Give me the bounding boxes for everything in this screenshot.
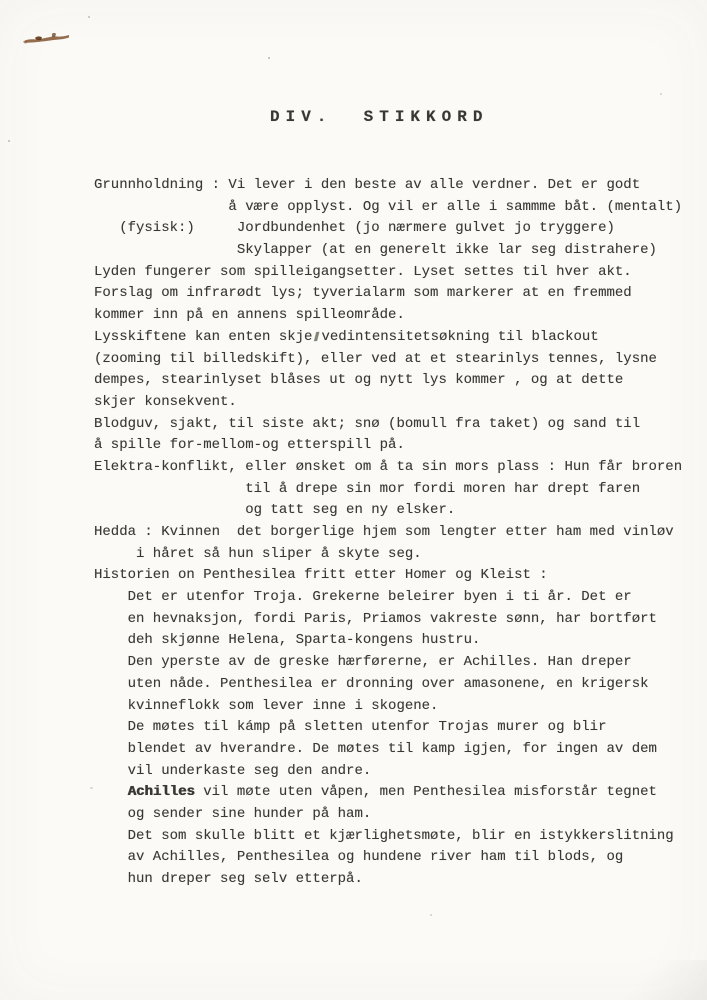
paragraph: Det som skulle blitt et kjærlighetsmøte,… — [94, 826, 707, 891]
paragraph: Lyden fungerer som spilleigangsetter. Ly… — [94, 262, 707, 284]
document-line: skjer konsekvent. — [94, 392, 707, 414]
document-line: (zooming til billedskift), eller ved at … — [94, 349, 707, 371]
document-line: De møtes til kámp på sletten utenfor Tro… — [94, 717, 707, 739]
document-line: til å drepe sin mor fordi moren har drep… — [94, 479, 707, 501]
document-line: (fysisk:) Jordbundenhet (jo nærmere gulv… — [94, 218, 707, 240]
document-line: av Achilles, Penthesilea og hundene rive… — [94, 847, 707, 869]
paper-speck — [268, 57, 270, 59]
document-line: Lyden fungerer som spilleigangsetter. Ly… — [94, 262, 707, 284]
document-line: Grunnholdning : Vi lever i den beste av … — [94, 175, 707, 197]
document-line: Hedda : Kvinnen det borgerlige hjem som … — [94, 522, 707, 544]
document-line: og tatt seg en ny elsker. — [94, 500, 707, 522]
paragraph: Lysskiftene kan enten skjevedintensitets… — [94, 327, 707, 414]
document-line: Historien on Penthesilea fritt etter Hom… — [94, 565, 707, 587]
document-line: blendet av hverandre. De møtes til kamp … — [94, 739, 707, 761]
retyped-word: Achilles — [128, 784, 195, 800]
document-line: dempes, stearinlyset blåses ut og nytt l… — [94, 370, 707, 392]
paper-speck — [660, 93, 662, 95]
paper-speck — [8, 140, 10, 142]
document-line: Forslag om infrarødt lys; tyverialarm so… — [94, 283, 707, 305]
document-body: Grunnholdning : Vi lever i den beste av … — [94, 175, 707, 891]
document-line: Skylapper (at en generelt ikke lar seg d… — [94, 240, 707, 262]
paper-speck — [430, 914, 432, 916]
paragraph: Blodguv, sjakt, til siste akt; snø (bomu… — [94, 414, 707, 457]
paragraph: Hedda : Kvinnen det borgerlige hjem som … — [94, 522, 707, 565]
document-line: Den yperste av de greske hærførerne, er … — [94, 652, 707, 674]
document-line: Lysskiftene kan enten skjevedintensitets… — [94, 327, 707, 349]
paragraph: De møtes til kámp på sletten utenfor Tro… — [94, 717, 707, 782]
paper-speck — [88, 16, 90, 18]
document-line: Det er utenfor Troja. Grekerne beleirer … — [94, 587, 707, 609]
paragraph: Grunnholdning : Vi lever i den beste av … — [94, 175, 707, 262]
rust-stain-mark — [22, 29, 72, 47]
document-line: hun dreper seg selv etterpå. — [94, 869, 707, 891]
document-line: Blodguv, sjakt, til siste akt; snø (bomu… — [94, 414, 707, 436]
document-line: og sender sine hunder på ham. — [94, 804, 707, 826]
paragraph: Historien on Penthesilea fritt etter Hom… — [94, 565, 707, 587]
document-line: vil underkaste seg den andre. — [94, 761, 707, 783]
document-line: en hevnaksjon, fordi Paris, Priamos vakr… — [94, 609, 707, 631]
paper-speck — [90, 787, 93, 789]
document-line: Achilles vil møte uten våpen, men Penthe… — [94, 782, 707, 804]
document-line: kvinneflokk som lever inne i skogene. — [94, 696, 707, 718]
paragraph: Forslag om infrarødt lys; tyverialarm so… — [94, 283, 707, 326]
document-line: å spille for-mellom-og etterspill på. — [94, 435, 707, 457]
document-line: deh skjønne Helena, Sparta-kongens hustr… — [94, 630, 707, 652]
document-line: kommer inn på en annens spilleområde. — [94, 305, 707, 327]
document-line: å være opplyst. Og vil er alle i sammme … — [94, 197, 707, 219]
document-line: Elektra-konflikt, eller ønsket om å ta s… — [94, 457, 707, 479]
paragraph: Achilles vil møte uten våpen, men Penthe… — [94, 782, 707, 825]
document-title: DIV. STIKKORD — [270, 106, 488, 128]
document-line: uten nåde. Penthesilea er dronning over … — [94, 674, 707, 696]
document-line: Det som skulle blitt et kjærlighetsmøte,… — [94, 826, 707, 848]
paragraph: Det er utenfor Troja. Grekerne beleirer … — [94, 587, 707, 717]
document-line: i håret så hun sliper å skyte seg. — [94, 544, 707, 566]
paragraph: Elektra-konflikt, eller ønsket om å ta s… — [94, 457, 707, 522]
scanned-page: DIV. STIKKORD Grunnholdning : Vi lever i… — [0, 0, 707, 1000]
scan-corner-shadow — [587, 960, 707, 1000]
